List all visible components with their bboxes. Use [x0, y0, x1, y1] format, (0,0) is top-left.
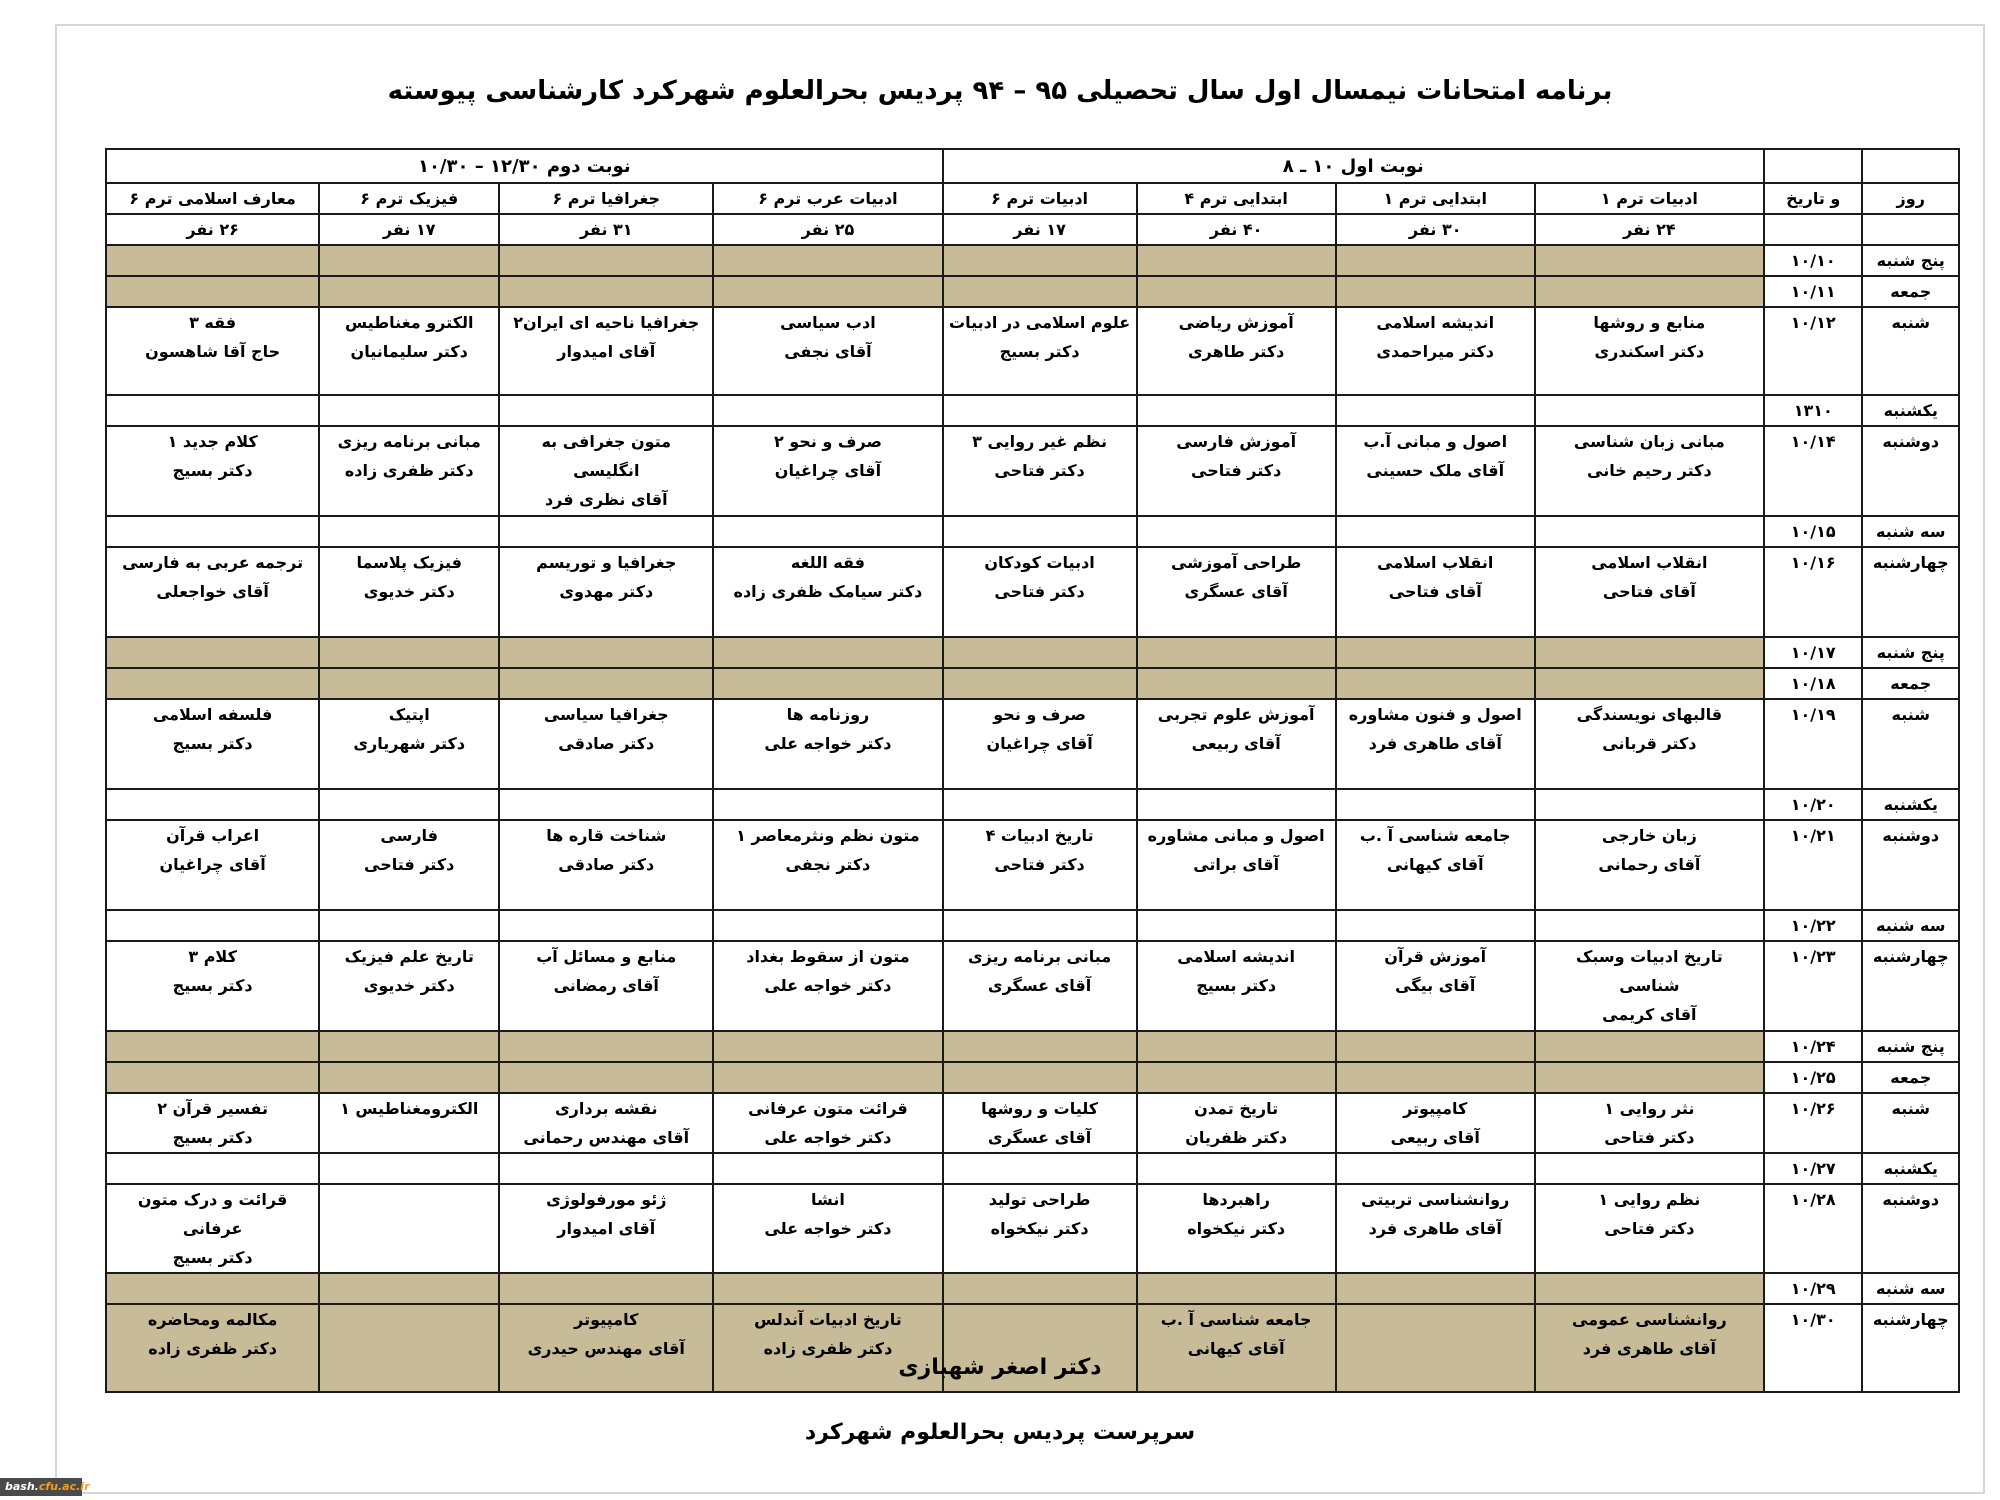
instructor-name: دکتر صادقی: [502, 850, 710, 879]
day-cell: چهارشنبه: [1862, 547, 1959, 637]
day-cell: شنبه: [1862, 307, 1959, 395]
exam-cell: فقه ۳حاج آقا شاهسون: [106, 307, 319, 395]
date-count-blank: [1764, 214, 1863, 245]
date-cell: ۱۰/۲۲: [1764, 910, 1863, 941]
empty-cell: [1137, 1273, 1336, 1304]
instructor-name: دکتر طاهری: [1140, 337, 1333, 366]
exam-cell: روانشناسی تربیتیآقای طاهری فرد: [1336, 1184, 1535, 1273]
instructor-name: آقای ملک حسینی: [1339, 456, 1532, 485]
exam-cell: زبان خارجیآقای رحمانی: [1535, 820, 1764, 910]
date-cell: ۱۰/۲۵: [1764, 1062, 1863, 1093]
exam-cell: مبانی برنامه ریزیآقای عسگری: [943, 941, 1137, 1031]
course-name: قالبهای نویسندگی: [1538, 700, 1761, 729]
course-name: کلام ۳: [109, 942, 316, 971]
empty-cell: [1535, 910, 1764, 941]
student-count: ۲۴ نفر: [1535, 214, 1764, 245]
day-cell: پنج شنبه: [1862, 245, 1959, 276]
date-cell: ۱۰/۱۲: [1764, 307, 1863, 395]
course-name: نثر روایی ۱: [1538, 1094, 1761, 1123]
empty-cell: [319, 668, 499, 699]
column-header: ادبیات ترم ۶: [943, 183, 1137, 214]
empty-cell: [943, 637, 1137, 668]
exam-cell: تاریخ علم فیزیکدکتر خدیوی: [319, 941, 499, 1031]
empty-cell: [319, 1062, 499, 1093]
instructor-name: آقای طاهری فرد: [1339, 729, 1532, 758]
date-cell: ۱۰/۱۴: [1764, 426, 1863, 516]
course-name: جامعه شناسی آ .ب: [1339, 821, 1532, 850]
schedule-row: پنج شنبه۱۰/۲۴: [106, 1031, 1959, 1062]
empty-cell: [1137, 395, 1336, 426]
column-header: معارف اسلامی ترم ۶: [106, 183, 319, 214]
empty-cell: [319, 1184, 499, 1273]
empty-cell: [1535, 789, 1764, 820]
empty-cell: [713, 516, 942, 547]
empty-cell: [499, 1153, 713, 1184]
exam-cell: ژئو مورفولوژیآقای امیدوار: [499, 1184, 713, 1273]
shift-2-header: نوبت دوم ۱۲/۳۰ – ۱۰/۳۰: [106, 149, 943, 183]
exam-schedule-table: نوبت اول ۱۰ ـ ۸ نوبت دوم ۱۲/۳۰ – ۱۰/۳۰ ر…: [105, 148, 1960, 1393]
empty-cell: [1535, 1273, 1764, 1304]
exam-cell: اعراب قرآنآقای چراغیان: [106, 820, 319, 910]
empty-cell: [499, 245, 713, 276]
exam-cell: صرف و نحو ۲آقای چراغیان: [713, 426, 942, 516]
instructor-name: دکتر بسیج: [109, 456, 316, 485]
instructor-name: آقای چراغیان: [109, 850, 316, 879]
instructor-name: دکتر بسیج: [1140, 971, 1333, 1000]
empty-cell: [943, 1273, 1137, 1304]
day-cell: دوشنبه: [1862, 426, 1959, 516]
day-cell: شنبه: [1862, 1093, 1959, 1153]
empty-cell: [1336, 668, 1535, 699]
schedule-row: شنبه۱۰/۲۶نثر روایی ۱دکتر فتاحیکامپیوترآق…: [106, 1093, 1959, 1153]
exam-cell: اصول و مبانی آ.بآقای ملک حسینی: [1336, 426, 1535, 516]
date-cell: ۱۰/۲۷: [1764, 1153, 1863, 1184]
empty-cell: [1535, 245, 1764, 276]
exam-cell: جغرافیا سیاسیدکتر صادقی: [499, 699, 713, 789]
empty-cell: [319, 245, 499, 276]
instructor-name: دکتر رحیم خانی: [1538, 456, 1761, 485]
empty-cell: [106, 276, 319, 307]
exam-cell: قرائت متون عرفانیدکتر خواجه علی: [713, 1093, 942, 1153]
course-name: آموزش ریاضی: [1140, 308, 1333, 337]
instructor-name: آقای امیدوار: [502, 337, 710, 366]
course-name: نظم غیر روایی ۳: [946, 427, 1134, 456]
exam-cell: طراحی تولیددکتر نیکخواه: [943, 1184, 1137, 1273]
empty-cell: [319, 1031, 499, 1062]
date-header-blank: [1764, 149, 1863, 183]
empty-cell: [106, 516, 319, 547]
course-name: متون جغرافی به: [502, 427, 710, 456]
course-name: راهبردها: [1140, 1185, 1333, 1214]
empty-cell: [1137, 668, 1336, 699]
empty-cell: [1137, 637, 1336, 668]
empty-cell: [106, 910, 319, 941]
instructor-name: آقای امیدوار: [502, 1214, 710, 1243]
course-name: ادب سیاسی: [716, 308, 939, 337]
empty-cell: [499, 637, 713, 668]
course-name: مبانی زبان شناسی: [1538, 427, 1761, 456]
course-name: ترجمه عربی به فارسی: [109, 548, 316, 577]
instructor-name: دکتر فتاحی: [946, 577, 1134, 606]
course-name: منابع و روشها: [1538, 308, 1761, 337]
course-name: اصول و فنون مشاوره: [1339, 700, 1532, 729]
student-count: ۴۰ نفر: [1137, 214, 1336, 245]
exam-cell: اندیشه اسلامیدکتر بسیج: [1137, 941, 1336, 1031]
empty-cell: [1336, 789, 1535, 820]
exam-cell: منابع و مسائل آبآقای رمضانی: [499, 941, 713, 1031]
instructor-name: دکتر خواجه علی: [716, 729, 939, 758]
schedule-row: یکشنبه۱۳۱۰: [106, 395, 1959, 426]
empty-cell: [106, 1153, 319, 1184]
day-count-blank: [1862, 214, 1959, 245]
day-cell: پنج شنبه: [1862, 1031, 1959, 1062]
instructor-name: دکتر قربانی: [1538, 729, 1761, 758]
course-name: جغرافیا و توریسم: [502, 548, 710, 577]
empty-cell: [1336, 1062, 1535, 1093]
empty-cell: [499, 668, 713, 699]
instructor-name: آقای بیگی: [1339, 971, 1532, 1000]
empty-cell: [1535, 668, 1764, 699]
instructor-name: آقای چراغیان: [946, 729, 1134, 758]
shift-1-header: نوبت اول ۱۰ ـ ۸: [943, 149, 1764, 183]
instructor-name: دکتر فتاحی: [946, 850, 1134, 879]
empty-cell: [943, 245, 1137, 276]
day-cell: چهارشنبه: [1862, 941, 1959, 1031]
empty-cell: [319, 789, 499, 820]
empty-cell: [943, 1153, 1137, 1184]
empty-cell: [1535, 276, 1764, 307]
empty-cell: [1336, 276, 1535, 307]
instructor-name: دکتر خواجه علی: [716, 1214, 939, 1243]
empty-cell: [1336, 1153, 1535, 1184]
empty-cell: [943, 789, 1137, 820]
schedule-row: شنبه۱۰/۱۲منابع و روشهادکتر اسکندریاندیشه…: [106, 307, 1959, 395]
instructor-name: دکتر بسیج: [109, 729, 316, 758]
empty-cell: [1137, 516, 1336, 547]
instructor-name: دکتر بسیج: [109, 1123, 316, 1152]
day-cell: سه شنبه: [1862, 1273, 1959, 1304]
instructor-name: دکتر خدیوی: [322, 577, 496, 606]
instructor-name: دکتر ظفریان: [1140, 1123, 1333, 1152]
empty-cell: [943, 910, 1137, 941]
signatory-role: سرپرست پردیس بحرالعلوم شهرکرد: [0, 1420, 2000, 1445]
empty-cell: [1336, 910, 1535, 941]
course-name: آموزش علوم تجربی: [1140, 700, 1333, 729]
empty-cell: [1535, 395, 1764, 426]
exam-cell: کامپیوترآقای ربیعی: [1336, 1093, 1535, 1153]
instructor-name: آقای عسگری: [946, 1123, 1134, 1152]
instructor-name: دکتر ظفری زاده: [322, 456, 496, 485]
empty-cell: [319, 637, 499, 668]
instructor-name: دکتر مهدوی: [502, 577, 710, 606]
course-name: مکالمه ومحاضره: [109, 1305, 316, 1334]
empty-cell: [943, 395, 1137, 426]
empty-cell: [106, 245, 319, 276]
exam-cell: جامعه شناسی آ .بآقای کیهانی: [1336, 820, 1535, 910]
exam-cell: الکترومغناطیس ۱: [319, 1093, 499, 1153]
course-name: قرائت و درک متون: [109, 1185, 316, 1214]
exam-cell: تفسیر قرآن ۲دکتر بسیج: [106, 1093, 319, 1153]
empty-cell: [106, 1273, 319, 1304]
empty-cell: [1336, 637, 1535, 668]
schedule-row: چهارشنبه۱۰/۲۳تاریخ ادبیات وسبکشناسیآقای …: [106, 941, 1959, 1031]
course-name: زبان خارجی: [1538, 821, 1761, 850]
empty-cell: [499, 910, 713, 941]
instructor-name: دکتر شهریاری: [322, 729, 496, 758]
empty-cell: [499, 276, 713, 307]
instructor-name: آقای خواجعلی: [109, 577, 316, 606]
course-name: عرفانی: [109, 1214, 316, 1243]
instructor-name: آقای رحمانی: [1538, 850, 1761, 879]
course-name: اپتیک: [322, 700, 496, 729]
instructor-name: آقای چراغیان: [716, 456, 939, 485]
schedule-row: سه شنبه۱۰/۲۲: [106, 910, 1959, 941]
course-name: قرائت متون عرفانی: [716, 1094, 939, 1123]
empty-cell: [106, 789, 319, 820]
day-header-blank: [1862, 149, 1959, 183]
count-header-row: ۲۴ نفر۳۰ نفر۴۰ نفر۱۷ نفر۲۵ نفر۳۱ نفر۱۷ ن…: [106, 214, 1959, 245]
exam-cell: متون نظم ونثرمعاصر ۱دکتر نجفی: [713, 820, 942, 910]
instructor-name: دکتر بسیج: [946, 337, 1134, 366]
empty-cell: [713, 395, 942, 426]
exam-cell: انقلاب اسلامیآقای فتاحی: [1336, 547, 1535, 637]
empty-cell: [1137, 276, 1336, 307]
course-name: اصول و مبانی آ.ب: [1339, 427, 1532, 456]
instructor-name: دکتر خدیوی: [322, 971, 496, 1000]
schedule-row: دوشنبه۱۰/۲۸نظم روایی ۱دکتر فتاحیروانشناس…: [106, 1184, 1959, 1273]
schedule-row: پنج شنبه۱۰/۱۰: [106, 245, 1959, 276]
instructor-name: آقای فتاحی: [1538, 577, 1761, 606]
exam-cell: فارسیدکتر فتاحی: [319, 820, 499, 910]
exam-cell: ادبیات کودکاندکتر فتاحی: [943, 547, 1137, 637]
course-name: روزنامه ها: [716, 700, 939, 729]
course-name: فقه ۳: [109, 308, 316, 337]
empty-cell: [1137, 789, 1336, 820]
schedule-row: شنبه۱۰/۱۹قالبهای نویسندگیدکتر قربانیاصول…: [106, 699, 1959, 789]
course-name: صرف و نحو ۲: [716, 427, 939, 456]
instructor-name: حاج آقا شاهسون: [109, 337, 316, 366]
date-cell: ۱۰/۱۶: [1764, 547, 1863, 637]
schedule-row: چهارشنبه۱۰/۱۶انقلاب اسلامیآقای فتاحیانقل…: [106, 547, 1959, 637]
schedule-row: یکشنبه۱۰/۲۷: [106, 1153, 1959, 1184]
day-cell: جمعه: [1862, 668, 1959, 699]
column-header-row: روز و تاریخ ادبیات ترم ۱ابتدایی ترم ۱ابت…: [106, 183, 1959, 214]
exam-cell: آموزش ریاضیدکتر طاهری: [1137, 307, 1336, 395]
instructor-name: دکتر خواجه علی: [716, 971, 939, 1000]
student-count: ۱۷ نفر: [319, 214, 499, 245]
day-cell: پنج شنبه: [1862, 637, 1959, 668]
signatory-name: دکتر اصغر شهبازی: [0, 1355, 2000, 1380]
instructor-name: آقای طاهری فرد: [1339, 1214, 1532, 1243]
empty-cell: [499, 1273, 713, 1304]
instructor-name: آقای مهندس رحمانی: [502, 1123, 710, 1152]
exam-cell: فلسفه اسلامیدکتر بسیج: [106, 699, 319, 789]
exam-cell: آموزش فارسیدکتر فتاحی: [1137, 426, 1336, 516]
day-cell: سه شنبه: [1862, 910, 1959, 941]
exam-cell: ادب سیاسیآقای نجفی: [713, 307, 942, 395]
date-cell: ۱۰/۱۷: [1764, 637, 1863, 668]
date-cell: ۱۰/۱۱: [1764, 276, 1863, 307]
instructor-name: دکتر نیکخواه: [946, 1214, 1134, 1243]
day-cell: یکشنبه: [1862, 789, 1959, 820]
exam-cell: آموزش قرآنآقای بیگی: [1336, 941, 1535, 1031]
empty-cell: [943, 276, 1137, 307]
exam-cell: تاریخ ادبیات ۴دکتر فتاحی: [943, 820, 1137, 910]
exam-cell: طراحی آموزشیآقای عسگری: [1137, 547, 1336, 637]
watermark: bash.cfu.ac.ir: [0, 1478, 82, 1496]
course-name: تاریخ تمدن: [1140, 1094, 1333, 1123]
exam-cell: کلام ۳دکتر بسیج: [106, 941, 319, 1031]
date-cell: ۱۰/۱۵: [1764, 516, 1863, 547]
course-name: انقلاب اسلامی: [1538, 548, 1761, 577]
empty-cell: [713, 789, 942, 820]
schedule-row: سه شنبه۱۰/۲۹: [106, 1273, 1959, 1304]
empty-cell: [319, 1153, 499, 1184]
instructor-name: دکتر اسکندری: [1538, 337, 1761, 366]
course-name: انگلیسی: [502, 456, 710, 485]
instructor-name: آقای عسگری: [946, 971, 1134, 1000]
course-name: طراحی آموزشی: [1140, 548, 1333, 577]
instructor-name: دکتر فتاحی: [1538, 1214, 1761, 1243]
date-cell: ۱۰/۲۶: [1764, 1093, 1863, 1153]
empty-cell: [713, 276, 942, 307]
course-name: فیزیک پلاسما: [322, 548, 496, 577]
course-name: فارسی: [322, 821, 496, 850]
empty-cell: [713, 1153, 942, 1184]
instructor-name: آقای کریمی: [1538, 1000, 1761, 1029]
date-cell: ۱۳۱۰: [1764, 395, 1863, 426]
date-cell: ۱۰/۱۰: [1764, 245, 1863, 276]
instructor-name: دکتر بسیج: [109, 971, 316, 1000]
instructor-name: دکتر نیکخواه: [1140, 1214, 1333, 1243]
column-header: ابتدایی ترم ۴: [1137, 183, 1336, 214]
course-name: انقلاب اسلامی: [1339, 548, 1532, 577]
empty-cell: [1137, 245, 1336, 276]
empty-cell: [319, 276, 499, 307]
day-cell: سه شنبه: [1862, 516, 1959, 547]
empty-cell: [713, 668, 942, 699]
empty-cell: [499, 1062, 713, 1093]
exam-cell: مبانی زبان شناسیدکتر رحیم خانی: [1535, 426, 1764, 516]
day-cell: یکشنبه: [1862, 395, 1959, 426]
student-count: ۳۰ نفر: [1336, 214, 1535, 245]
date-cell: ۱۰/۲۰: [1764, 789, 1863, 820]
instructor-name: دکتر سیامک ظفری زاده: [716, 577, 939, 606]
empty-cell: [1336, 1031, 1535, 1062]
instructor-name: آقای رمضانی: [502, 971, 710, 1000]
instructor-name: دکتر فتاحی: [322, 850, 496, 879]
schedule-row: سه شنبه۱۰/۱۵: [106, 516, 1959, 547]
course-name: اندیشه اسلامی: [1140, 942, 1333, 971]
date-cell: ۱۰/۲۳: [1764, 941, 1863, 1031]
course-name: تاریخ ادبیات ۴: [946, 821, 1134, 850]
empty-cell: [106, 395, 319, 426]
empty-cell: [1137, 1031, 1336, 1062]
course-name: اعراب قرآن: [109, 821, 316, 850]
day-cell: یکشنبه: [1862, 1153, 1959, 1184]
instructor-name: آقای عسگری: [1140, 577, 1333, 606]
exam-cell: اصول و فنون مشاورهآقای طاهری فرد: [1336, 699, 1535, 789]
empty-cell: [943, 1031, 1137, 1062]
empty-cell: [1336, 1273, 1535, 1304]
empty-cell: [319, 516, 499, 547]
instructor-name: دکتر فتاحی: [946, 456, 1134, 485]
course-name: تاریخ ادبیات آندلس: [716, 1305, 939, 1334]
schedule-row: دوشنبه۱۰/۲۱زبان خارجیآقای رحمانیجامعه شن…: [106, 820, 1959, 910]
date-cell: ۱۰/۱۸: [1764, 668, 1863, 699]
course-name: تفسیر قرآن ۲: [109, 1094, 316, 1123]
empty-cell: [1535, 516, 1764, 547]
empty-cell: [1535, 1031, 1764, 1062]
student-count: ۳۱ نفر: [499, 214, 713, 245]
date-cell: ۱۰/۲۱: [1764, 820, 1863, 910]
empty-cell: [106, 1031, 319, 1062]
instructor-name: آقای ربیعی: [1140, 729, 1333, 758]
course-name: روانشناسی عمومی: [1538, 1305, 1761, 1334]
empty-cell: [1137, 910, 1336, 941]
empty-cell: [499, 516, 713, 547]
column-header: ادبیات عرب ترم ۶: [713, 183, 942, 214]
exam-cell: فقه اللغهدکتر سیامک ظفری زاده: [713, 547, 942, 637]
date-cell: ۱۰/۲۹: [1764, 1273, 1863, 1304]
exam-cell: نقشه برداریآقای مهندس رحمانی: [499, 1093, 713, 1153]
date-cell: ۱۰/۲۸: [1764, 1184, 1863, 1273]
day-cell: دوشنبه: [1862, 820, 1959, 910]
empty-cell: [1137, 1062, 1336, 1093]
empty-cell: [713, 1062, 942, 1093]
instructor-name: آقای براتی: [1140, 850, 1333, 879]
empty-cell: [499, 395, 713, 426]
course-name: الکترومغناطیس ۱: [322, 1094, 496, 1123]
course-name: جامعه شناسی آ .ب: [1140, 1305, 1333, 1334]
course-name: مبانی برنامه ریزی: [322, 427, 496, 456]
course-name: روانشناسی تربیتی: [1339, 1185, 1532, 1214]
exam-cell: قالبهای نویسندگیدکتر قربانی: [1535, 699, 1764, 789]
instructor-name: دکتر نجفی: [716, 850, 939, 879]
empty-cell: [1535, 637, 1764, 668]
exam-cell: قرائت و درک متونعرفانیدکتر بسیج: [106, 1184, 319, 1273]
empty-cell: [713, 1273, 942, 1304]
course-name: منابع و مسائل آب: [502, 942, 710, 971]
exam-cell: متون جغرافی بهانگلیسیآقای نظری فرد: [499, 426, 713, 516]
course-name: مبانی برنامه ریزی: [946, 942, 1134, 971]
empty-cell: [943, 668, 1137, 699]
column-header: ادبیات ترم ۱: [1535, 183, 1764, 214]
course-name: کلیات و روشها: [946, 1094, 1134, 1123]
exam-cell: شناخت قاره هادکتر صادقی: [499, 820, 713, 910]
exam-cell: نظم غیر روایی ۳دکتر فتاحی: [943, 426, 1137, 516]
instructor-name: آقای فتاحی: [1339, 577, 1532, 606]
column-header: فیزیک ترم ۶: [319, 183, 499, 214]
exam-cell: اپتیکدکتر شهریاری: [319, 699, 499, 789]
course-name: علوم اسلامی در ادبیات: [946, 308, 1134, 337]
course-name: متون از سقوط بغداد: [716, 942, 939, 971]
course-name: شناخت قاره ها: [502, 821, 710, 850]
course-name: آموزش قرآن: [1339, 942, 1532, 971]
empty-cell: [713, 1031, 942, 1062]
exam-cell: انشادکتر خواجه علی: [713, 1184, 942, 1273]
empty-cell: [319, 910, 499, 941]
course-name: انشا: [716, 1185, 939, 1214]
exam-cell: اندیشه اسلامیدکتر میراحمدی: [1336, 307, 1535, 395]
course-name: تاریخ علم فیزیک: [322, 942, 496, 971]
schedule-row: پنج شنبه۱۰/۱۷: [106, 637, 1959, 668]
course-name: فلسفه اسلامی: [109, 700, 316, 729]
exam-cell: نظم روایی ۱دکتر فتاحی: [1535, 1184, 1764, 1273]
course-name: فقه اللغه: [716, 548, 939, 577]
schedule-row: جمعه۱۰/۱۱: [106, 276, 1959, 307]
student-count: ۲۵ نفر: [713, 214, 942, 245]
